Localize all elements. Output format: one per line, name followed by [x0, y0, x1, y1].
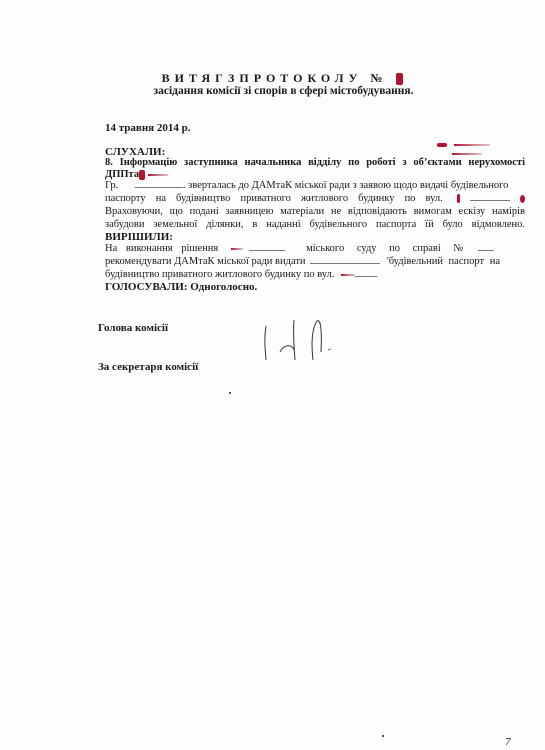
decided-line-1: На виконання рішення міського суду по сп… — [105, 243, 525, 254]
redacted-applicant-name — [135, 187, 183, 188]
scan-speck — [229, 392, 231, 394]
title-text: ВИТЯГЗПРОТОКОЛУ № — [162, 71, 388, 85]
heard-line-3: Враховуючи, що подані заявницею матеріал… — [105, 206, 525, 217]
document-subtitle: засідання комісії зі спорів в сфері міст… — [0, 85, 545, 97]
meeting-date: 14 травня 2014 р. — [105, 122, 191, 134]
secretary-signature-label: За секретаря комісії — [98, 361, 198, 373]
handwritten-signature — [258, 318, 338, 363]
redacted-protocol-number — [396, 73, 403, 85]
heard-line-4: забудови земельної ділянки, в наданні бу… — [105, 219, 525, 230]
decided-line-2: рекомендувати ДАМтаК міської ради видати… — [105, 256, 525, 267]
scan-speck — [382, 735, 384, 737]
decided-heading: ВИРІШИЛИ: — [105, 231, 173, 243]
document-title: ВИТЯГЗПРОТОКОЛУ № — [0, 71, 545, 86]
decided-line-3: будівництво приватного житлового будинку… — [105, 269, 525, 280]
agenda-item-line2: ДППта — [105, 169, 168, 180]
heard-line-2: паспорту на будівництво приватного житло… — [105, 193, 525, 204]
agenda-item-line1: 8. Інформацію заступника начальника відд… — [105, 157, 525, 168]
page-number: 7 — [505, 736, 511, 748]
scanned-document-page: ВИТЯГЗПРОТОКОЛУ № засідання комісії зі с… — [0, 0, 545, 750]
chair-signature-label: Голова комісії — [98, 322, 168, 334]
voting-result: ГОЛОСУВАЛИ: Одноголосно. — [105, 281, 257, 293]
heard-line-1: Гр. . зверталась до ДАМтаК міської ради … — [105, 180, 525, 191]
